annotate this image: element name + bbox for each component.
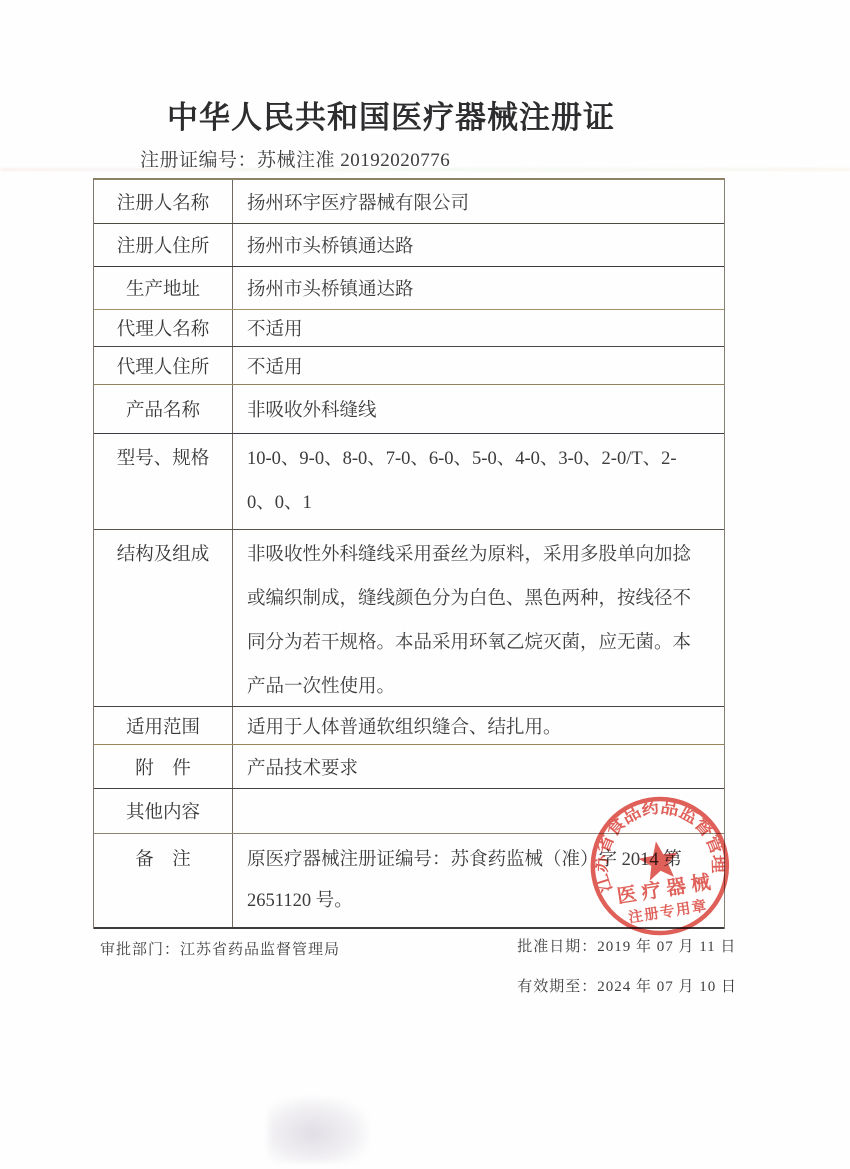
row-value: 扬州市头桥镇通达路 — [233, 267, 724, 309]
row-label: 型号、规格 — [94, 434, 233, 529]
table-row: 生产地址 扬州市头桥镇通达路 — [94, 267, 724, 310]
row-label: 其他内容 — [94, 789, 233, 833]
table-row: 注册人住所 扬州市头桥镇通达路 — [94, 224, 724, 267]
star-icon — [636, 838, 681, 882]
row-value: 产品技术要求 — [233, 745, 724, 788]
row-value: 10-0、9-0、8-0、7-0、6-0、5-0、4-0、3-0、2-0/T、2… — [233, 434, 724, 529]
row-value: 非吸收性外科缝线采用蚕丝为原料，采用多股单向加捻或编织制成，缝线颜色分为白色、黑… — [233, 530, 724, 706]
table-row: 代理人名称 不适用 — [94, 310, 724, 347]
row-label: 产品名称 — [94, 385, 233, 433]
row-label: 结构及组成 — [94, 530, 233, 706]
row-label: 生产地址 — [94, 267, 233, 309]
table-row: 代理人住所 不适用 — [94, 347, 724, 385]
row-label: 备 注 — [94, 834, 233, 927]
row-label: 代理人名称 — [94, 310, 233, 346]
row-value: 适用于人体普通软组织缝合、结扎用。 — [233, 707, 724, 744]
row-label: 附 件 — [94, 745, 233, 788]
row-value: 扬州环宇医疗器械有限公司 — [233, 180, 724, 223]
table-row: 适用范围 适用于人体普通软组织缝合、结扎用。 — [94, 707, 724, 745]
scanned-certificate-page: { "page": { "title": "中华人民共和国医疗器械注册证", "… — [0, 0, 850, 1169]
document-title: 中华人民共和国医疗器械注册证 — [0, 92, 782, 137]
scan-streak-artifact — [0, 168, 850, 171]
table-row: 型号、规格 10-0、9-0、8-0、7-0、6-0、5-0、4-0、3-0、2… — [94, 434, 724, 530]
approval-department: 审批部门：江苏省药品监督管理局 — [100, 938, 340, 959]
row-label: 注册人住所 — [94, 224, 233, 266]
expiry-date: 有效期至：2024 年 07 月 10 日 — [517, 975, 737, 996]
row-label: 适用范围 — [94, 707, 233, 744]
table-row: 附 件 产品技术要求 — [94, 745, 724, 789]
row-value: 不适用 — [233, 347, 724, 384]
table-row: 结构及组成 非吸收性外科缝线采用蚕丝为原料，采用多股单向加捻或编织制成，缝线颜色… — [94, 530, 724, 707]
row-label: 注册人名称 — [94, 180, 233, 223]
table-row: 注册人名称 扬州环宇医疗器械有限公司 — [94, 180, 724, 224]
row-label: 代理人住所 — [94, 347, 233, 384]
scan-smudge-artifact — [268, 1098, 368, 1162]
row-value: 不适用 — [233, 310, 724, 346]
table-row: 产品名称 非吸收外科缝线 — [94, 385, 724, 434]
official-seal: 江苏省食品药品监督管理局 医疗器械 注册专用章 — [573, 780, 747, 954]
row-value: 非吸收外科缝线 — [233, 385, 724, 433]
row-value: 扬州市头桥镇通达路 — [233, 224, 724, 266]
